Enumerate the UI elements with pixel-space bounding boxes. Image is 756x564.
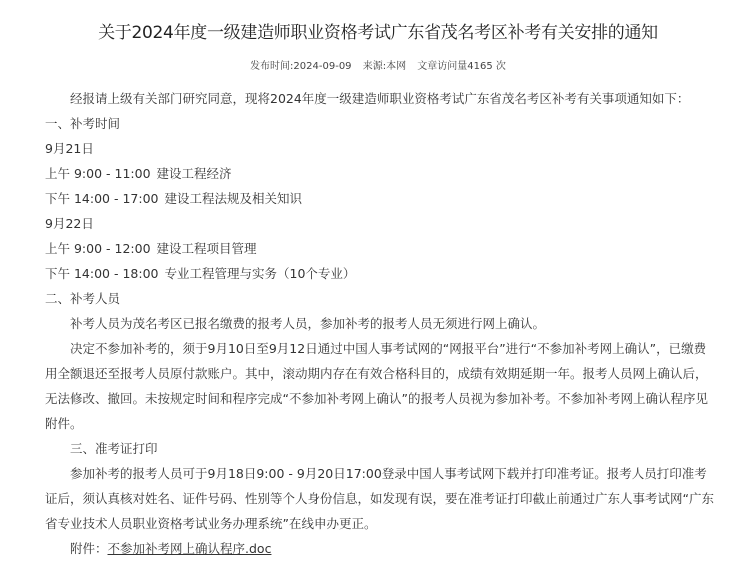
schedule-row: 下午 14:00 - 17:00建设工程法规及相关知识	[45, 186, 715, 211]
section2-paragraph-2: 决定不参加补考的，须于9月10日至9月12日通过中国人事考试网的“网报平台”进行…	[45, 336, 715, 436]
schedule-row: 上午 9:00 - 11:00建设工程经济	[45, 161, 715, 186]
session-time: 下午 14:00 - 18:00	[45, 266, 158, 281]
session-subject: 专业工程管理与实务（10个专业）	[164, 266, 355, 281]
source: 来源:本网	[363, 61, 406, 72]
attachment-link[interactable]: 不参加补考网上确认程序.doc	[108, 541, 272, 556]
section1-heading: 一、补考时间	[45, 111, 715, 136]
section2-heading: 二、补考人员	[45, 286, 715, 311]
attachment-row: 附件：不参加补考网上确认程序.doc	[45, 536, 715, 561]
session-time: 上午 9:00 - 12:00	[45, 241, 151, 256]
section3-paragraph-1: 参加补考的报考人员可于9月18日9:00 - 9月20日17:00登录中国人事考…	[45, 461, 715, 536]
day2-date: 9月22日	[45, 211, 715, 236]
intro-paragraph: 经报请上级有关部门研究同意，现将2024年度一级建造师职业资格考试广东省茂名考区…	[45, 86, 715, 111]
session-time: 上午 9:00 - 11:00	[45, 166, 151, 181]
section2-paragraph-1: 补考人员为茂名考区已报名缴费的报考人员，参加补考的报考人员无须进行网上确认。	[45, 311, 715, 336]
section3-heading: 三、准考证打印	[45, 436, 715, 461]
day1-date: 9月21日	[45, 136, 715, 161]
session-subject: 建设工程项目管理	[157, 241, 257, 256]
article-meta: 发布时间:2024-09-09 来源:本网 文章访问量4165 次	[0, 57, 756, 72]
publish-time: 发布时间:2024-09-09	[250, 61, 351, 72]
session-subject: 建设工程经济	[157, 166, 232, 181]
schedule-row: 上午 9:00 - 12:00建设工程项目管理	[45, 236, 715, 261]
article-body: 经报请上级有关部门研究同意，现将2024年度一级建造师职业资格考试广东省茂名考区…	[45, 86, 715, 561]
session-subject: 建设工程法规及相关知识	[164, 191, 302, 206]
page-title: 关于2024年度一级建造师职业资格考试广东省茂名考区补考有关安排的通知	[0, 18, 756, 43]
attachment-label: 附件：	[70, 541, 108, 556]
view-count: 文章访问量4165 次	[417, 61, 506, 72]
session-time: 下午 14:00 - 17:00	[45, 191, 158, 206]
schedule-row: 下午 14:00 - 18:00专业工程管理与实务（10个专业）	[45, 261, 715, 286]
